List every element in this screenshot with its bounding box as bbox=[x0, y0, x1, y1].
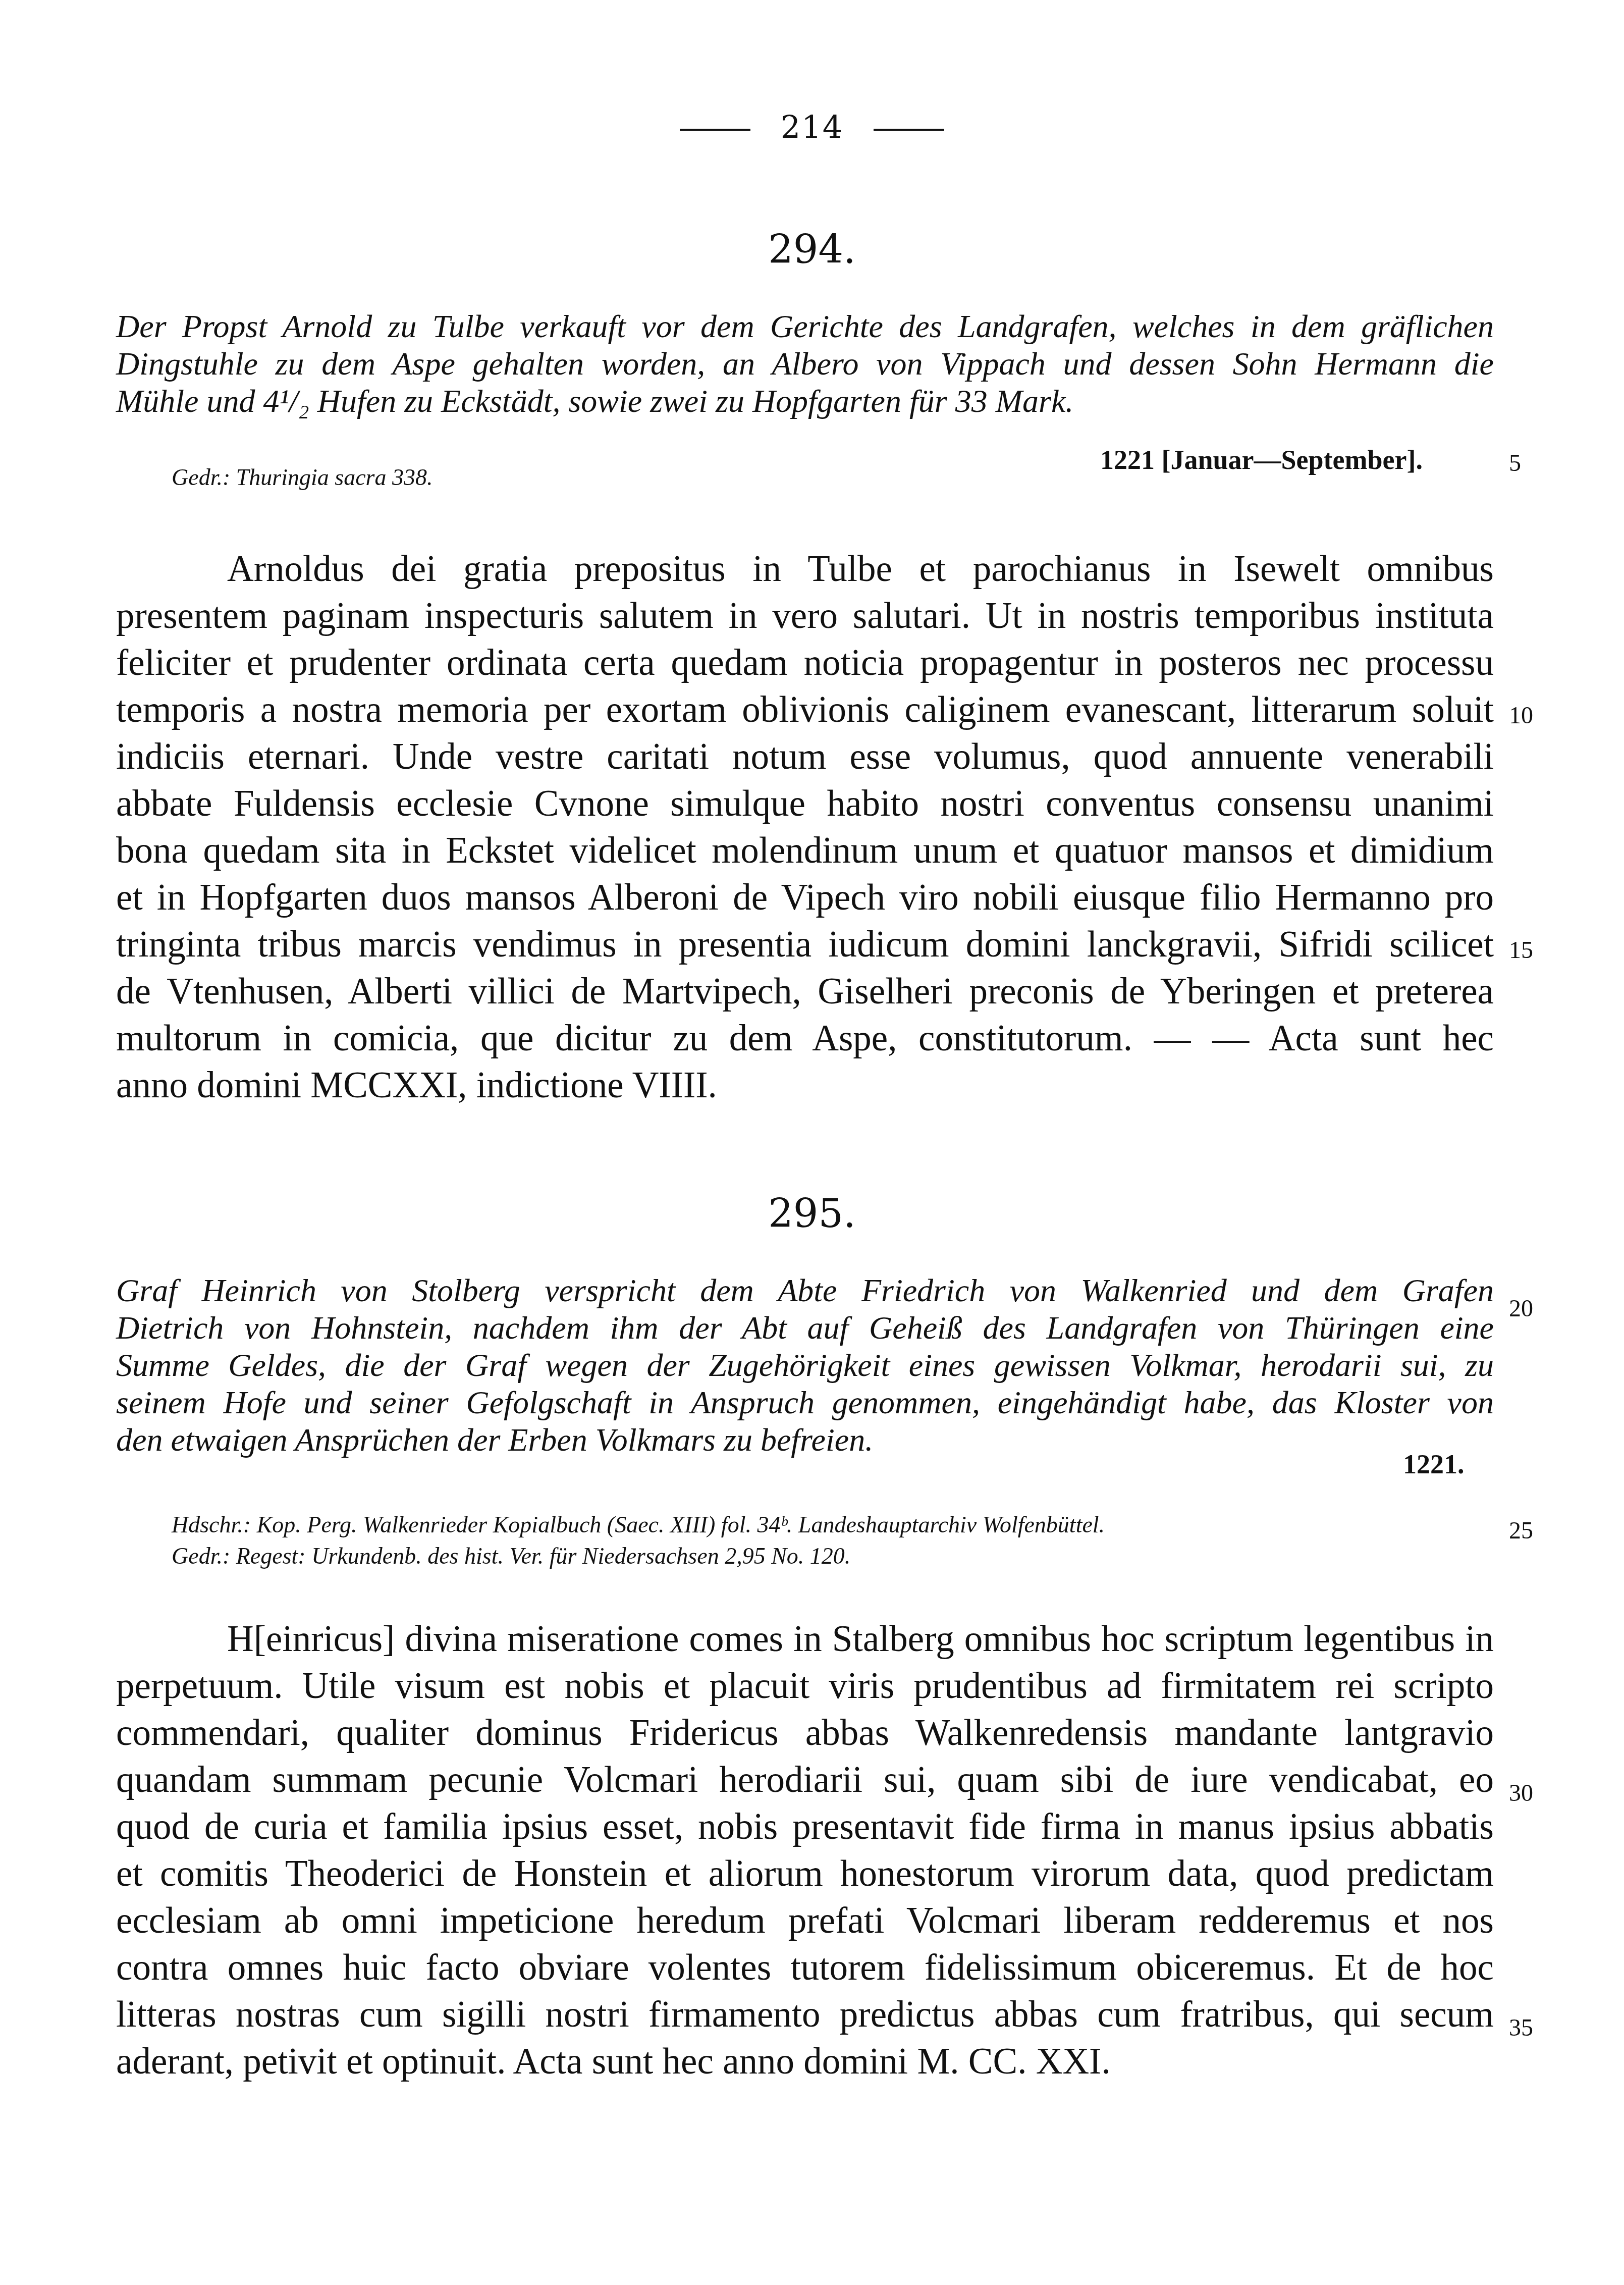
line-number: 15 bbox=[1509, 936, 1533, 964]
body-line: presentem paginam inspecturis salutem in… bbox=[116, 592, 1494, 639]
page-header: 214 bbox=[0, 109, 1624, 145]
line-number: 25 bbox=[1509, 1517, 1533, 1545]
body-line: aderant, petivit et optinuit. Acta sunt … bbox=[116, 2038, 1494, 2085]
body-line: perpetuum. Utile visum est nobis et plac… bbox=[116, 1662, 1494, 1709]
body-line: litteras nostras cum sigilli nostri firm… bbox=[116, 1991, 1494, 2038]
body-line: H[einricus] divina miseratione comes in … bbox=[116, 1615, 1494, 1662]
body-line: et in Hopfgarten duos mansos Alberoni de… bbox=[116, 874, 1494, 921]
body-line: commendari, qualiter dominus Fridericus … bbox=[116, 1709, 1494, 1756]
page-number: 214 bbox=[781, 109, 843, 145]
body-line: ecclesiam ab omni impeticione heredum pr… bbox=[116, 1897, 1494, 1944]
body-line: quod de curia et familia ipsius esset, n… bbox=[116, 1803, 1494, 1850]
regest-line: Mühle und 4¹/₂ Hufen zu Eckstädt, sowie … bbox=[116, 383, 1494, 420]
body-line: Arnoldus dei gratia prepositus in Tulbe … bbox=[116, 545, 1494, 592]
line-number: 10 bbox=[1509, 702, 1533, 729]
document-regest: Der Propst Arnold zu Tulbe verkauft vor … bbox=[116, 308, 1494, 420]
source-note: Gedr.: Thuringia sacra 338. bbox=[172, 462, 433, 493]
source-note: Hdschr.: Kop. Perg. Walkenrieder Kopialb… bbox=[172, 1509, 1105, 1540]
document-number: 295. bbox=[0, 1191, 1624, 1237]
body-line: et comitis Theoderici de Honstein et ali… bbox=[116, 1850, 1494, 1897]
body-line: multorum in comicia, que dicitur zu dem … bbox=[116, 1015, 1494, 1061]
document-date: 1221 [Januar—September]. bbox=[1100, 444, 1423, 475]
body-line: temporis a nostra memoria per exortam ob… bbox=[116, 686, 1494, 733]
document-body: H[einricus] divina miseratione comes in … bbox=[116, 1615, 1494, 2085]
body-line: abbate Fuldensis ecclesie Cvnone simulqu… bbox=[116, 780, 1494, 827]
regest-line: Dietrich von Hohnstein, nachdem ihm der … bbox=[116, 1309, 1494, 1347]
body-line: feliciter et prudenter ordinata certa qu… bbox=[116, 639, 1494, 686]
body-line: bona quedam sita in Eckstet videlicet mo… bbox=[116, 827, 1494, 874]
body-line: anno domini MCCXXI, indictione VIIII. bbox=[116, 1061, 1494, 1108]
body-line: contra omnes huic facto obviare volentes… bbox=[116, 1944, 1494, 1991]
body-line: indiciis eternari. Unde vestre caritati … bbox=[116, 733, 1494, 780]
line-number: 20 bbox=[1509, 1295, 1533, 1322]
body-line: de Vtenhusen, Alberti villici de Martvip… bbox=[116, 968, 1494, 1015]
header-rule-right bbox=[874, 129, 944, 131]
document-number: 294. bbox=[0, 227, 1624, 273]
header-rule-left bbox=[680, 129, 750, 131]
line-number: 35 bbox=[1509, 2014, 1533, 2042]
regest-line: den etwaigen Ansprüchen der Erben Volkma… bbox=[116, 1421, 1494, 1459]
line-number: 5 bbox=[1509, 449, 1521, 477]
regest-line: Der Propst Arnold zu Tulbe verkauft vor … bbox=[116, 308, 1494, 345]
regest-line: Dingstuhle zu dem Aspe gehalten worden, … bbox=[116, 345, 1494, 383]
source-note: Gedr.: Regest: Urkundenb. des hist. Ver.… bbox=[172, 1540, 850, 1572]
document-date: 1221. bbox=[1403, 1449, 1465, 1480]
document-body: Arnoldus dei gratia prepositus in Tulbe … bbox=[116, 545, 1494, 1108]
document-regest: Graf Heinrich von Stolberg verspricht de… bbox=[116, 1272, 1494, 1459]
line-number: 30 bbox=[1509, 1779, 1533, 1807]
regest-line: Summe Geldes, die der Graf wegen der Zug… bbox=[116, 1347, 1494, 1384]
regest-line: Graf Heinrich von Stolberg verspricht de… bbox=[116, 1272, 1494, 1309]
regest-line: seinem Hofe und seiner Gefolgschaft in A… bbox=[116, 1384, 1494, 1421]
body-line: tringinta tribus marcis vendimus in pres… bbox=[116, 921, 1494, 968]
body-line: quandam summam pecunie Volcmari herodiar… bbox=[116, 1756, 1494, 1803]
